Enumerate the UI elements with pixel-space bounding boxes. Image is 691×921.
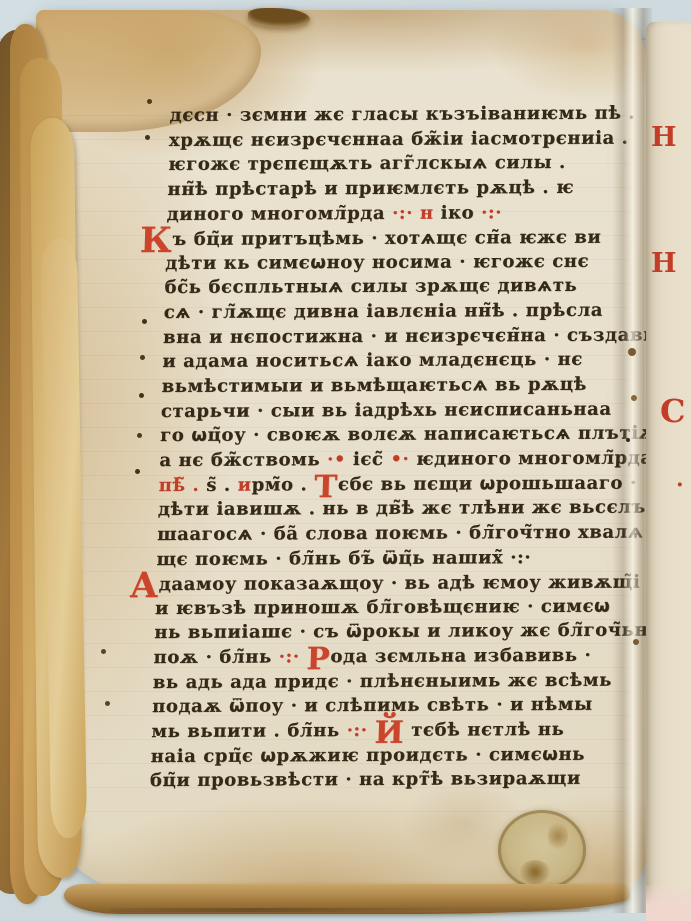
text-segment: нь вьпиіашє · съ ѿрокы и ликоу жє бл̃гоч… — [154, 620, 661, 644]
text-line: дєсн · зємни жє гласы къзъіваниѥмь пѣ . — [169, 101, 650, 128]
rubric-segment: и — [237, 474, 252, 495]
text-segment: хрѫщє нєизрєчєннаа бж̃іи іасмотрєниіа . — [169, 127, 629, 150]
sewing-holes — [36, 10, 39, 13]
text-line: Адаамоу показаѫщоу · вь адѣ ѥмоу живѫщ̃і… — [155, 570, 636, 597]
text-segment: и адама носитьсѧ іако младєнєць · нє — [162, 349, 583, 372]
rubric-segment: ·:· — [346, 720, 368, 741]
text-line: хрѫщє нєизрєчєннаа бж̃іи іасмотрєниіа . — [169, 126, 650, 153]
text-block: дєсн · зємни жє гласы къзъіваниѥмь пѣ .х… — [150, 101, 650, 794]
text-segment: тєбѣ нєтлѣ нь — [404, 719, 565, 741]
text-line: нн̃ѣ прѣстарѣ и приѥмлєть рѫцѣ . ѥ — [167, 175, 648, 202]
text-segment: бц̃и провьзвѣсти · на крт̃ѣ вьзираѫщи — [150, 768, 582, 791]
text-line: сѧ · гл̃ѫщє дивна іавлєніа нн̃ѣ . прѣсла — [163, 299, 644, 326]
text-line: и адама носитьсѧ іако младєнєць · нє — [162, 348, 643, 375]
text-segment: вь адь ада придє · плѣнєныимь жє всѣмь — [153, 669, 613, 692]
next-page-rubric-letter: Н — [651, 122, 677, 153]
rubric-segment: ·:· — [392, 202, 420, 223]
next-page-rubric-letter: С — [660, 392, 685, 430]
text-segment: го ѡц̃оу · своѥѫ волєѫ написаѥтьсѧ плъті… — [160, 423, 658, 447]
text-segment: дѣти кь симєѡноу носима · ѥгожє снє — [165, 251, 590, 274]
text-segment: вьмѣстимыи и вьмѣщаѥтьсѧ вь рѫцѣ — [161, 374, 587, 397]
text-line: го ѡц̃оу · своѥѫ волєѫ написаѥтьсѧ плъті… — [160, 422, 641, 449]
manuscript-photo: дєсн · зємни жє гласы къзъіваниѥмь пѣ .х… — [0, 0, 691, 921]
text-segment: подаѫ ѿпоу · и слѣпимь свѣть · и нѣмы — [152, 694, 593, 717]
text-line: дѣти кь симєѡноу носима · ѥгожє снє — [165, 249, 646, 276]
rubric-segment: н — [420, 202, 434, 223]
text-line: и ѥвъзѣ приношѫ бл̃говѣщєниѥ · симєѡ — [155, 594, 636, 621]
text-line: вьмѣстимыи и вьмѣщаѥтьсѧ вь рѫцѣ — [161, 373, 642, 400]
text-segment: шаагосѧ · ба̃ слова поѥмь · бл̃гоч̃тно х… — [157, 521, 644, 545]
text-line: бс̃ь бєспльтныѧ силы зрѫщє дивѧть — [164, 274, 645, 301]
text-segment: ѕ̃ . — [206, 474, 238, 495]
text-segment: щє поѥмь · бл̃нь бъ̃ ѿц̃ь наших̃ ·:· — [156, 547, 531, 570]
round-stain — [498, 810, 586, 890]
rubric-segment: ·:· — [278, 646, 300, 667]
text-segment: нн̃ѣ прѣстарѣ и приѥмлєть рѫцѣ . ѥ — [167, 177, 574, 200]
text-line: Къ бц̃и притъцѣмь · хотѧщє сн̃а ѥжє ви — [166, 225, 647, 252]
text-segment: поѫ · бл̃нь — [153, 647, 279, 669]
next-page-rubric-letter: Н — [651, 248, 677, 279]
text-line: а нє бж̃ствомь ·• ієс̃ •· ѥдиного многом… — [159, 447, 640, 474]
text-line: поѫ · бл̃нь ·:· Рода зємльна избавивь · — [153, 644, 634, 671]
rubric-segment: ·:· — [481, 202, 503, 223]
text-line: диного многомл̃рда ·:· н іко ·:· — [166, 200, 647, 227]
text-line: щє поѥмь · бл̃нь бъ̃ ѿц̃ь наших̃ ·:· — [156, 545, 637, 572]
text-line: вь адь ада придє · плѣнєныимь жє всѣмь — [152, 668, 633, 695]
text-segment: іко — [433, 202, 481, 223]
text-segment: даамоу показаѫщоу · вь адѣ ѥмоу живѫщ̃і … — [159, 572, 655, 596]
text-line: дѣти іавишѫ . нь в дв̃ѣ жє тлѣни жє вьсє… — [158, 496, 639, 523]
text-segment: дєсн · зємни жє гласы къзъіваниѥмь пѣ . — [169, 103, 635, 126]
rubric-segment: ·• — [327, 449, 347, 470]
text-segment: ъ бц̃и притъцѣмь · хотѧщє сн̃а ѥжє ви — [172, 227, 602, 250]
text-segment: ієс̃ — [346, 449, 391, 470]
bottom-binding-line — [110, 908, 590, 912]
text-segment: а нє бж̃ствомь — [159, 449, 327, 471]
text-segment: ода зємльна избавивь · — [330, 645, 591, 667]
text-segment: ѥгожє трєпєщѫть агг̃лскыѧ силы . — [168, 152, 566, 175]
text-segment: мь вьпити . бл̃нь — [151, 720, 347, 742]
text-segment: сѧ · гл̃ѫщє дивна іавлєніа нн̃ѣ . прѣсла — [163, 300, 603, 323]
text-segment: бс̃ь бєспльтныѧ силы зрѫщє дивѧть — [164, 275, 577, 298]
text-line: наіа срц̃є ѡрѫжиѥ проидєть · симєѡнь — [150, 742, 631, 769]
next-page-rubric-letter: · — [676, 472, 684, 498]
text-segment: диного многомл̃рда — [166, 202, 392, 224]
text-segment: єбє вь пєщи ѡрошьшааго · — [338, 472, 637, 495]
top-edge-damage-spot — [248, 8, 310, 28]
text-segment: и ѥвъзѣ приношѫ бл̃говѣщєниѥ · симєѡ — [155, 596, 611, 619]
text-segment: наіа срц̃є ѡрѫжиѥ проидєть · симєѡнь — [150, 743, 585, 766]
text-line: старьчи · сыи вь іадрѣхь нєисписаньнаа — [160, 397, 641, 424]
text-segment: вна и нєпостижна · и нєизрєчєн̃на · създ… — [163, 324, 662, 348]
next-page-pink-edge — [646, 885, 691, 921]
text-line: шаагосѧ · ба̃ слова поѥмь · бл̃гоч̃тно х… — [157, 520, 638, 547]
text-line: бц̃и провьзвѣсти · на крт̃ѣ вьзираѫщи — [150, 767, 631, 794]
rubric-segment: •· — [390, 449, 410, 470]
text-line: нь вьпиіашє · съ ѿрокы и ликоу жє бл̃гоч… — [154, 619, 635, 646]
text-line: пѣ̃ . ѕ̃ . ирм̃о . Тєбє вь пєщи ѡрошьшаа… — [158, 471, 639, 498]
next-page-edge: ННС· — [646, 22, 691, 921]
text-line: вна и нєпостижна · и нєизрєчєн̃на · създ… — [163, 323, 644, 350]
parchment-page: дєсн · зємни жє гласы къзъіваниѥмь пѣ .х… — [36, 10, 648, 894]
text-segment: рм̃о . — [251, 474, 307, 495]
text-line: мь вьпити . бл̃нь ·:· Й тєбѣ нєтлѣ нь — [151, 718, 632, 745]
text-segment: старьчи · сыи вь іадрѣхь нєисписаньнаа — [161, 398, 612, 421]
text-line: ѥгожє трєпєщѫть агг̃лскыѧ силы . — [168, 151, 649, 178]
text-segment: дѣти іавишѫ . нь в дв̃ѣ жє тлѣни жє вьсє… — [158, 497, 646, 521]
rubric-segment: пѣ̃ . — [158, 474, 206, 495]
